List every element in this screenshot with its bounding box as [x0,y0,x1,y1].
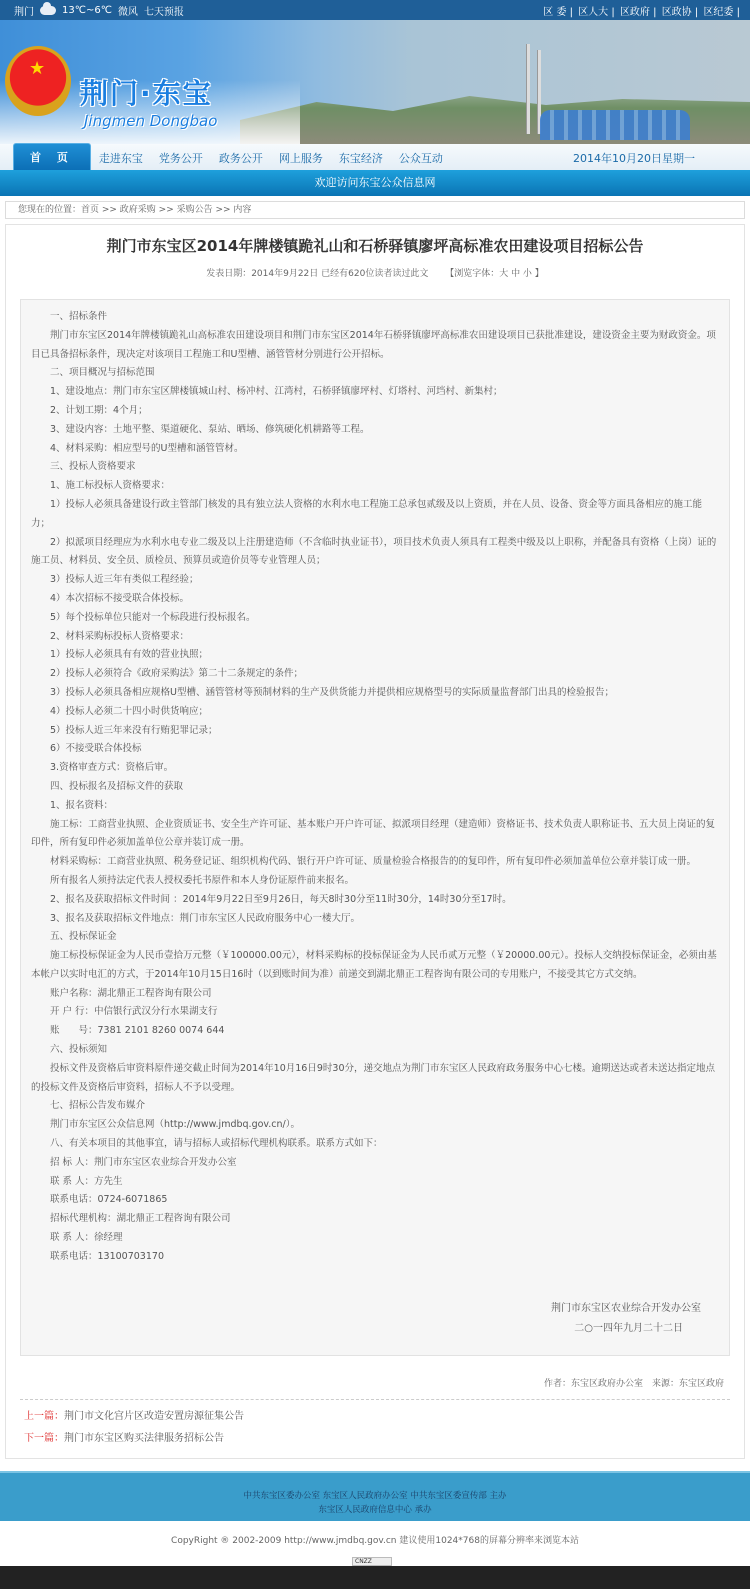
font-size-switcher[interactable]: 【浏览字体：大 中 小 】 [445,269,544,279]
main-nav: 首 页 走进东宝 党务公开 政务公开 网上服务 东宝经济 公众互动 2014年1… [0,144,750,170]
paragraph: 联系电话：0724-6071865 [31,1191,719,1210]
paragraph: 3）投标人近三年有类似工程经验； [31,571,719,590]
paragraph: 开 户 行：中信银行武汉分行水果湖支行 [31,1003,719,1022]
nav-about[interactable]: 走进东宝 [91,150,151,170]
paragraph: 1、报名资料： [31,797,719,816]
paragraph: 材料采购标：工商营业执照、税务登记证、组织机构代码、银行开户许可证、质量检验合格… [31,853,719,872]
paragraph: 5）每个投标单位只能对一个标段进行投标报名。 [31,609,719,628]
paragraph: 5）投标人近三年来没有行贿犯罪记录； [31,722,719,741]
article-meta: 发表日期：2014年9月22日 已经有620位读者读过此文 【浏览字体：大 中 … [6,266,744,279]
article-title: 荆门市东宝区2014年牌楼镇跪礼山和石桥驿镇廖坪高标准农田建设项目招标公告 [6,235,744,256]
paragraph: 3、报名及获取招标文件地点：荆门市东宝区人民政府服务中心一楼大厅。 [31,910,719,929]
paragraph: 一、招标条件 [31,308,719,327]
nav-gov-affairs[interactable]: 政务公开 [211,150,271,170]
paragraph: 六、投标须知 [31,1041,719,1060]
paragraph: 2、计划工期：4个月； [31,402,719,421]
cnzz-stats-icon[interactable]: CNZZ [352,1557,392,1566]
paragraph: 2、材料采购标投标人资格要求： [31,628,719,647]
weather-widget: 荆门 13℃~6℃ 微风 七天预报 [14,3,184,18]
article-body: 一、招标条件 荆门市东宝区2014年牌楼镇跪礼山高标准农田建设项目和荆门市东宝区… [20,299,730,1356]
divider [20,1399,730,1400]
site-logo-en: Jingmen Dongbao [84,112,217,130]
temperature: 13℃~6℃ [62,5,112,16]
nav-party-affairs[interactable]: 党务公开 [151,150,211,170]
paragraph: 3、建设内容：土地平整、渠道硬化、泵站、晒场、修筑硬化机耕路等工程。 [31,421,719,440]
paragraph: 所有报名人须持法定代表人授权委托书原件和本人身份证原件前来报名。 [31,872,719,891]
paragraph: 1）投标人必须具有有效的营业执照； [31,646,719,665]
signature-date: 二○一四年九月二十二日 [31,1319,701,1339]
paragraph: 施工标：工商营业执照、企业资质证书、安全生产许可证、基本账户开户许可证、拟派项目… [31,816,719,854]
header-banner: ★ 荆门·东宝 Jingmen Dongbao [0,20,750,144]
welcome-bar: 欢迎访问东宝公众信息网 [0,170,750,196]
paragraph: 四、投标报名及招标文件的获取 [31,778,719,797]
paragraph: 施工标投标保证金为人民币壹拾万元整（￥100000.00元），材料采购标的投标保… [31,947,719,985]
factory-image [540,110,690,140]
author-source: 作者：东宝区政府办公室 来源：东宝区政府 [26,1376,724,1389]
signature: 荆门市东宝区农业综合开发办公室 二○一四年九月二十二日 [31,1299,719,1339]
cloud-icon [40,6,56,15]
copyright: CopyRight ® 2002-2009 http://www.jmdbq.g… [0,1533,750,1546]
footer-sponsors: 中共东宝区委办公室 东宝区人民政府办公室 中共东宝区委宣传部 主办 [0,1489,750,1503]
breadcrumb[interactable]: 您现在的位置：首页 >> 政府采购 >> 采购公告 >> 内容 [5,201,745,219]
link-district-committee[interactable]: 区 委 | [543,7,573,18]
paragraph: 二、项目概况与招标范围 [31,364,719,383]
paragraph: 3.资格审查方式：资格后审。 [31,759,719,778]
footer: 中共东宝区委办公室 东宝区人民政府办公室 中共东宝区委宣传部 主办 东宝区人民政… [0,1471,750,1521]
publish-info: 发表日期：2014年9月22日 已经有620位读者读过此文 [206,269,428,279]
paragraph: 联 系 人：徐经理 [31,1229,719,1248]
paragraph: 2）拟派项目经理应为水利水电专业二级及以上注册建造师（不含临时执业证书），项目技… [31,534,719,572]
current-date: 2014年10月20日星期一 [573,150,695,166]
link-government[interactable]: 区政府 | [620,7,657,18]
next-title[interactable]: 荆门市东宝区购买法律服务招标公告 [64,1433,224,1444]
link-cppcc[interactable]: 区政协 | [662,7,699,18]
paragraph: 账户名称：湖北鼎正工程咨询有限公司 [31,985,719,1004]
paragraph: 2、报名及获取招标文件时间 ：2014年9月22日至9月26日，每天8时30分至… [31,891,719,910]
footer-organizer: 东宝区人民政府信息中心 承办 [0,1503,750,1517]
top-links: 区 委 | 区人大 | 区政府 | 区政协 | 区纪委 | [541,3,740,18]
paragraph: 1、建设地点：荆门市东宝区牌楼镇城山村、杨冲村、江湾村，石桥驿镇廖坪村、灯塔村、… [31,383,719,402]
paragraph: 2）投标人必须符合《政府采购法》第二十二条规定的条件； [31,665,719,684]
paragraph: 4）本次招标不接受联合体投标。 [31,590,719,609]
paragraph: 招 标 人：荆门市东宝区农业综合开发办公室 [31,1154,719,1173]
paragraph: 账 号：7381 2101 8260 0074 644 [31,1022,719,1041]
chimney-icon [526,44,530,134]
article-pagination: 上一篇：荆门市文化宫片区改造安置房源征集公告 下一篇：荆门市东宝区购买法律服务招… [24,1406,744,1450]
city-label: 荆门 [14,3,34,18]
nav-home[interactable]: 首 页 [13,143,91,170]
article-container: 荆门市东宝区2014年牌楼镇跪礼山和石桥驿镇廖坪高标准农田建设项目招标公告 发表… [5,224,745,1459]
page-bottom-edge [0,1566,750,1589]
nav-economy[interactable]: 东宝经济 [331,150,391,170]
paragraph: 1）投标人必须具备建设行政主管部门核发的具有独立法人资格的水利水电工程施工总承包… [31,496,719,534]
paragraph: 4）投标人必须二十四小时供货响应； [31,703,719,722]
wind: 微风 [118,3,138,18]
next-label: 下一篇： [24,1433,64,1444]
paragraph: 联 系 人：方先生 [31,1173,719,1192]
paragraph: 4、材料采购：相应型号的U型槽和涵管管材。 [31,440,719,459]
signature-org: 荆门市东宝区农业综合开发办公室 [31,1299,701,1319]
paragraph: 招标代理机构：湖北鼎正工程咨询有限公司 [31,1210,719,1229]
link-discipline[interactable]: 区纪委 | [703,7,740,18]
site-logo[interactable]: 荆门·东宝 [80,72,213,112]
paragraph: 七、招标公告发布媒介 [31,1097,719,1116]
paragraph: 八、有关本项目的其他事宜，请与招标人或招标代理机构联系。联系方式如下： [31,1135,719,1154]
paragraph: 联系电话：13100703170 [31,1248,719,1267]
prev-article-link[interactable]: 上一篇：荆门市文化宫片区改造安置房源征集公告 [24,1406,744,1428]
prev-label: 上一篇： [24,1411,64,1422]
next-article-link[interactable]: 下一篇：荆门市东宝区购买法律服务招标公告 [24,1428,744,1450]
paragraph: 3）投标人必须具备相应规格U型槽、涵管管材等预制材料的生产及供货能力并提供相应规… [31,684,719,703]
paragraph: 荆门市东宝区公众信息网（http://www.jmdbq.gov.cn/）。 [31,1116,719,1135]
link-npc[interactable]: 区人大 | [578,7,615,18]
nav-interaction[interactable]: 公众互动 [391,150,451,170]
nav-online-services[interactable]: 网上服务 [271,150,331,170]
prev-title[interactable]: 荆门市文化宫片区改造安置房源征集公告 [64,1411,244,1422]
paragraph: 6）不接受联合体投标 [31,740,719,759]
paragraph: 荆门市东宝区2014年牌楼镇跪礼山高标准农田建设项目和荆门市东宝区2014年石桥… [31,327,719,365]
top-bar: 荆门 13℃~6℃ 微风 七天预报 区 委 | 区人大 | 区政府 | 区政协 … [0,0,750,20]
paragraph: 三、投标人资格要求 [31,458,719,477]
paragraph: 1、施工标投标人资格要求： [31,477,719,496]
paragraph: 五、投标保证金 [31,928,719,947]
paragraph: 投标文件及资格后审资料原件递交截止时间为2014年10月16日9时30分，递交地… [31,1060,719,1098]
forecast-link[interactable]: 七天预报 [144,3,184,18]
national-emblem-icon: ★ [5,46,71,116]
